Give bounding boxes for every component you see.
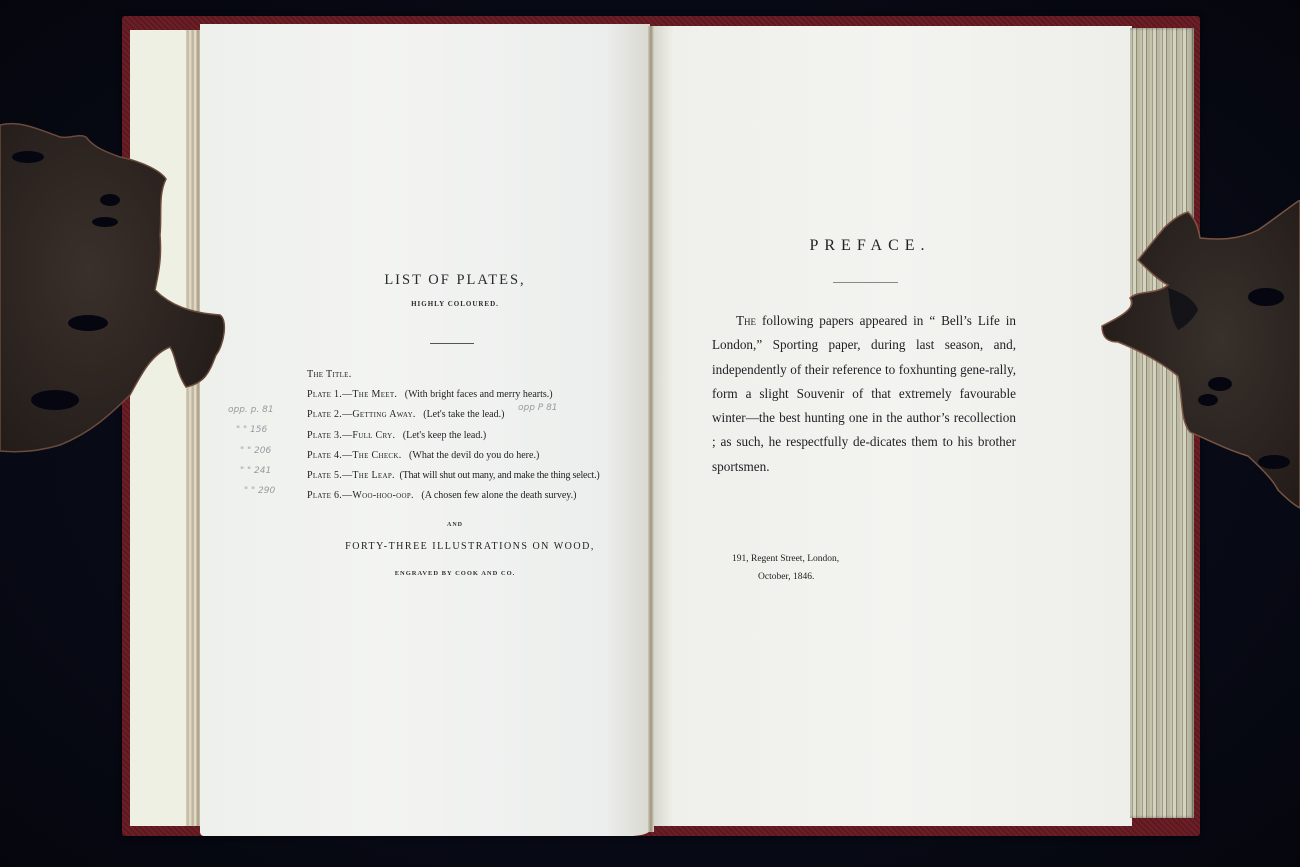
plate-caption: (That will shut out many, and make the t… <box>399 470 599 481</box>
list-of-plates-subtitle: HIGHLY COLOURED. <box>200 300 710 308</box>
pencil-note: opp. p. 81 <box>228 405 274 415</box>
pencil-note: " " 156 <box>236 425 267 435</box>
preface-address: 191, Regent Street, London, October, 184… <box>732 550 839 586</box>
plate-caption: (With bright faces and merry hearts.) <box>405 389 553 400</box>
plate-label: Plate 1.—The Meet. <box>307 389 397 400</box>
plate-item: Plate 3.—Full Cry. (Let's keep the lead.… <box>307 426 600 446</box>
preface-lead-word: The <box>736 313 756 328</box>
pencil-note: opp P 81 <box>518 403 558 413</box>
plate-item: Plate 5.—The Leap. (That will shut out m… <box>307 466 600 486</box>
preface-text: following papers appeared in “ Bell’s Li… <box>712 313 1016 474</box>
plate-item: The Title. <box>307 365 600 385</box>
plate-caption: (Let's take the lead.) <box>423 409 504 420</box>
plate-caption: (What the devil do you do here.) <box>409 450 539 461</box>
plate-label: Plate 2.—Getting Away. <box>307 409 416 420</box>
address-line: 191, Regent Street, London, <box>732 550 839 568</box>
pencil-note: " " 241 <box>240 466 271 476</box>
left-bronze-weight-icon <box>0 115 230 455</box>
pencil-note: " " 206 <box>240 446 271 456</box>
preface-title: PREFACE. <box>740 237 1000 255</box>
preface-body: The following papers appeared in “ Bell’… <box>712 309 1016 479</box>
engraved-by-line: ENGRAVED BY COOK AND CO. <box>200 570 710 577</box>
plate-item: Plate 4.—The Check. (What the devil do y… <box>307 446 600 466</box>
plate-label: Plate 3.—Full Cry. <box>307 430 395 441</box>
and-label: AND <box>200 522 710 528</box>
plate-label: The Title. <box>307 369 352 380</box>
preface-divider-rule <box>833 282 898 283</box>
pencil-note: " " 290 <box>244 486 275 496</box>
list-of-plates-title: LIST OF PLATES, <box>200 272 710 289</box>
plate-label: Plate 6.—Woo-hoo-oop. <box>307 490 414 501</box>
right-bronze-weight-icon <box>1098 200 1300 510</box>
plate-label: Plate 4.—The Check. <box>307 450 402 461</box>
left-divider-rule <box>430 343 474 344</box>
plate-item: Plate 6.—Woo-hoo-oop. (A chosen few alon… <box>307 486 600 506</box>
plate-label: Plate 5.—The Leap. <box>307 470 395 481</box>
date-line: October, 1846. <box>732 568 839 586</box>
plate-caption: (A chosen few alone the death survey.) <box>421 490 576 501</box>
plate-caption: (Let's keep the lead.) <box>403 430 486 441</box>
plates-list: The Title. Plate 1.—The Meet. (With brig… <box>307 365 600 506</box>
illustrations-line: FORTY-THREE ILLUSTRATIONS ON WOOD, <box>200 541 740 552</box>
